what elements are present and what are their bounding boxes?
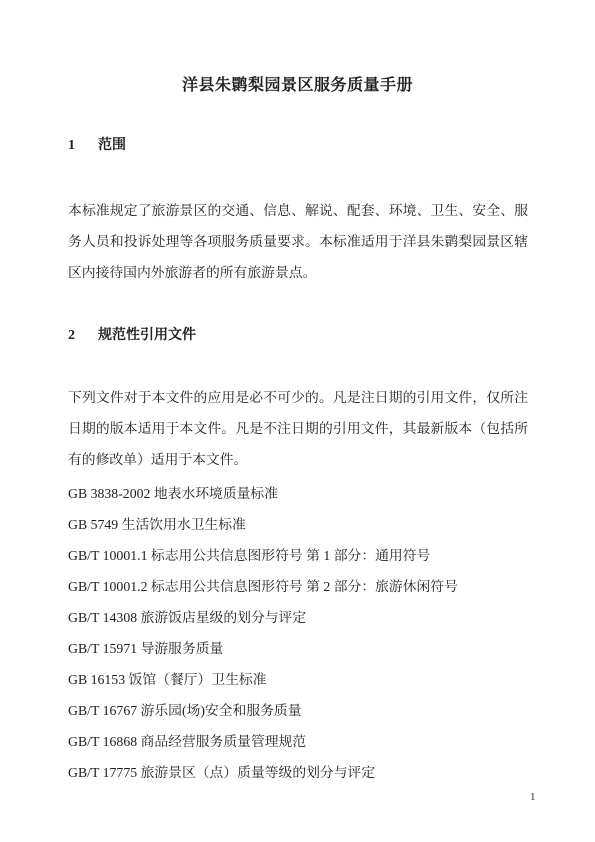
- section-1-number: 1: [68, 130, 98, 161]
- reference-item: GB/T 16868 商品经营服务质量管理规范: [68, 726, 538, 757]
- document-title: 洋县朱鹮梨园景区服务质量手册: [0, 70, 595, 101]
- reference-item: GB 16153 饭馆（餐厅）卫生标准: [68, 664, 538, 695]
- section-1-heading: 1范围: [68, 130, 528, 161]
- document-page: 洋县朱鹮梨园景区服务质量手册 1范围 本标准规定了旅游景区的交通、信息、解说、配…: [0, 0, 595, 842]
- section-2-heading: 2规范性引用文件: [68, 320, 528, 351]
- section-2-paragraph: 下列文件对于本文件的应用是必不可少的。凡是注日期的引用文件，仅所注日期的版本适用…: [68, 382, 528, 475]
- reference-item: GB/T 14308 旅游饭店星级的划分与评定: [68, 602, 538, 633]
- reference-item: GB 5749 生活饮用水卫生标准: [68, 509, 538, 540]
- reference-item: GB/T 10001.2 标志用公共信息图形符号 第 2 部分：旅游休闲符号: [68, 571, 538, 602]
- reference-item: GB 3838-2002 地表水环境质量标准: [68, 478, 538, 509]
- page-number: 1: [530, 790, 536, 804]
- reference-item: GB/T 15971 导游服务质量: [68, 633, 538, 664]
- section-2-number: 2: [68, 320, 98, 351]
- reference-list: GB 3838-2002 地表水环境质量标准 GB 5749 生活饮用水卫生标准…: [68, 478, 538, 788]
- section-1-title: 范围: [98, 138, 126, 153]
- section-2-title: 规范性引用文件: [98, 328, 196, 343]
- reference-item: GB/T 10001.1 标志用公共信息图形符号 第 1 部分：通用符号: [68, 540, 538, 571]
- section-1-paragraph: 本标准规定了旅游景区的交通、信息、解说、配套、环境、卫生、安全、服务人员和投诉处…: [68, 195, 528, 288]
- reference-item: GB/T 17775 旅游景区（点）质量等级的划分与评定: [68, 757, 538, 788]
- reference-item: GB/T 16767 游乐园(场)安全和服务质量: [68, 695, 538, 726]
